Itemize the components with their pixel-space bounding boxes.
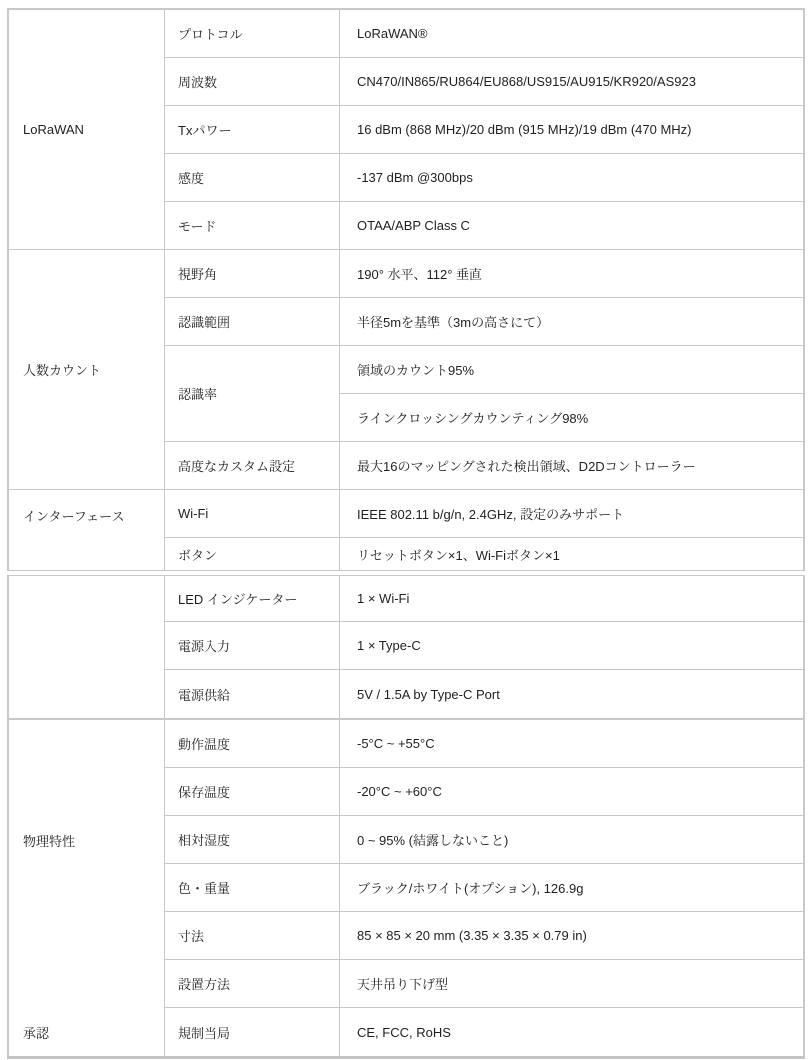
value-cell: 1 × Type-C — [340, 622, 803, 670]
category-cell: 人数カウント — [9, 250, 165, 490]
property-cell: 設置方法 — [165, 960, 340, 1008]
table-row: 承認 規制当局 CE, FCC, RoHS — [9, 1008, 803, 1056]
table-row: LED インジケーター 1 × Wi-Fi — [9, 576, 803, 622]
property-cell: ボタン — [165, 538, 340, 570]
property-cell: 周波数 — [165, 58, 340, 106]
property-cell: Wi-Fi — [165, 490, 340, 538]
property-cell: 規制当局 — [165, 1008, 340, 1056]
property-cell: モード — [165, 202, 340, 250]
property-cell: 認識率 — [165, 346, 340, 442]
value-cell: 1 × Wi-Fi — [340, 576, 803, 622]
value-cell: 天井吊り下げ型 — [340, 960, 803, 1008]
value-cell: CE, FCC, RoHS — [340, 1008, 803, 1056]
value-cell: -137 dBm @300bps — [340, 154, 803, 202]
value-cell: 5V / 1.5A by Type-C Port — [340, 670, 803, 718]
property-cell: 寸法 — [165, 912, 340, 960]
category-cell-empty — [9, 960, 165, 1008]
spec-table-part-bottom: 物理特性 動作温度 -5°C ~ +55°C 保存温度 -20°C ~ +60°… — [7, 719, 805, 1059]
value-cell: 領域のカウント95% — [340, 346, 803, 394]
table-row: LoRaWAN プロトコル LoRaWAN® — [9, 10, 803, 58]
value-cell: ラインクロッシングカウンティング98% — [340, 394, 803, 442]
property-cell: 保存温度 — [165, 768, 340, 816]
category-cell: インターフェース — [9, 490, 165, 570]
spec-table-part-middle: LED インジケーター 1 × Wi-Fi 電源入力 1 × Type-C 電源… — [7, 575, 805, 719]
value-cell: -20°C ~ +60°C — [340, 768, 803, 816]
property-cell: LED インジケーター — [165, 576, 340, 622]
value-cell: 半径5mを基準（3mの高さにて） — [340, 298, 803, 346]
value-cell: LoRaWAN® — [340, 10, 803, 58]
value-cell: 最大16のマッピングされた検出領域、D2Dコントローラー — [340, 442, 803, 490]
property-cell: 感度 — [165, 154, 340, 202]
spec-sheet-page: LoRaWAN プロトコル LoRaWAN® 周波数 CN470/IN865/R… — [0, 0, 812, 1060]
value-cell: 16 dBm (868 MHz)/20 dBm (915 MHz)/19 dBm… — [340, 106, 803, 154]
table-row: 人数カウント 視野角 190° 水平、112° 垂直 — [9, 250, 803, 298]
category-cell-empty — [9, 576, 165, 718]
value-cell: IEEE 802.11 b/g/n, 2.4GHz, 設定のみサポート — [340, 490, 803, 538]
value-cell: 0 ~ 95% (結露しないこと) — [340, 816, 803, 864]
value-cell: OTAA/ABP Class C — [340, 202, 803, 250]
value-cell: 85 × 85 × 20 mm (3.35 × 3.35 × 0.79 in) — [340, 912, 803, 960]
category-cell: 物理特性 — [9, 720, 165, 960]
property-cell: Txパワー — [165, 106, 340, 154]
property-cell: 電源供給 — [165, 670, 340, 718]
value-cell: ブラック/ホワイト(オプション), 126.9g — [340, 864, 803, 912]
spec-table-part-top: LoRaWAN プロトコル LoRaWAN® 周波数 CN470/IN865/R… — [7, 8, 805, 571]
category-cell: LoRaWAN — [9, 10, 165, 250]
property-cell: 動作温度 — [165, 720, 340, 768]
property-cell: プロトコル — [165, 10, 340, 58]
value-cell: リセットボタン×1、Wi-Fiボタン×1 — [340, 538, 803, 570]
property-cell: 認識範囲 — [165, 298, 340, 346]
value-cell: CN470/IN865/RU864/EU868/US915/AU915/KR92… — [340, 58, 803, 106]
value-cell: -5°C ~ +55°C — [340, 720, 803, 768]
table-row: 設置方法 天井吊り下げ型 — [9, 960, 803, 1008]
table-row: 物理特性 動作温度 -5°C ~ +55°C — [9, 720, 803, 768]
category-cell: 承認 — [9, 1008, 165, 1056]
value-cell: 190° 水平、112° 垂直 — [340, 250, 803, 298]
property-cell: 高度なカスタム設定 — [165, 442, 340, 490]
table-row: インターフェース Wi-Fi IEEE 802.11 b/g/n, 2.4GHz… — [9, 490, 803, 538]
property-cell: 視野角 — [165, 250, 340, 298]
property-cell: 電源入力 — [165, 622, 340, 670]
property-cell: 相対湿度 — [165, 816, 340, 864]
property-cell: 色・重量 — [165, 864, 340, 912]
